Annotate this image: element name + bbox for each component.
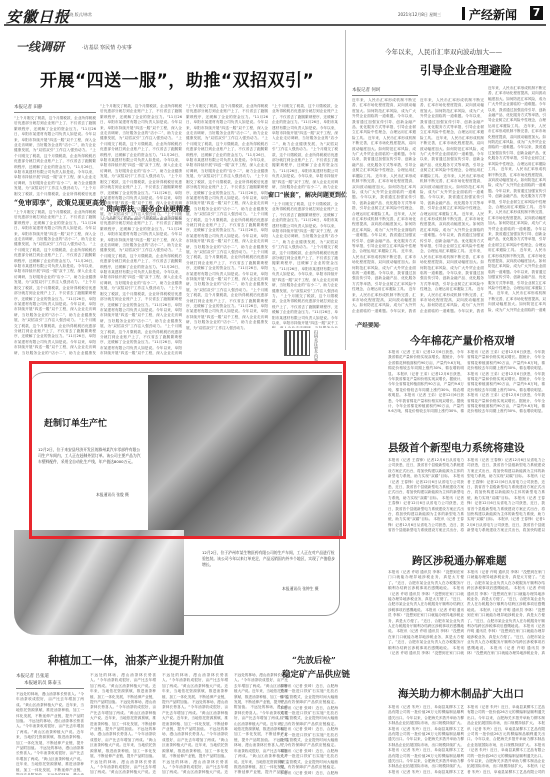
right-body-col2: 近年来，人民币汇率形成机制不断完善，汇率市场化程度提高，双向波动幅度加大。如何防… xyxy=(420,98,484,313)
section-title: 产经新闻 xyxy=(469,6,517,23)
right-body-col3: 近年来，人民币汇率形成机制不断完善，汇率市场化程度提高，双向波动幅度加大。如何防… xyxy=(488,86,546,313)
highlight-frame xyxy=(29,361,346,539)
lead-byline: 本报记者 田静 xyxy=(14,104,42,110)
bottom-body-col1: 不远处的林场，漫山油茶林长势喜人。“今年油茶收成很好，亩产比去年增加了两成。”黄… xyxy=(16,692,84,775)
issue-date: 2021年12月8日 星期三 xyxy=(398,12,441,18)
cotton-headline[interactable]: 今年棉花产量价格双增 xyxy=(410,333,515,348)
right-body-col1: 近年来，人民币汇率形成机制不断完善，汇率市场化程度提高，双向波动幅度加大。如何防… xyxy=(352,98,416,313)
lead-body-col4: “上个月刚交了税款，这个月缴税款，企业所得税税后优惠部分就打到企业账户上了，不仅… xyxy=(272,104,338,190)
customs-headline[interactable]: 海关助力柳木制品扩大出口 xyxy=(398,686,524,701)
bottom-body-col2: 不远处的林场，漫山油茶林长势喜人。“今年油茶收成很好，亩产比去年增加了两成。”黄… xyxy=(90,673,156,775)
mineral-kicker: “先放后检” xyxy=(292,654,336,666)
customs-body-col1: 本报讯（记者 朱玲）近日，阜南县某柳木工艺品有限公司的一批价值26万元的柳编制品… xyxy=(388,705,464,775)
page-number: 7 xyxy=(530,6,543,20)
bottom-headline[interactable]: 种植加工一体，油茶产业提升附加值 xyxy=(48,652,224,668)
right-byline-rule xyxy=(352,95,418,96)
lead-body-col3: “上个月刚交了税款，这个月缴税款，企业所得税税后优惠部分就打到企业账户上了，不仅… xyxy=(186,104,268,356)
tax-body-col1: 本报讯（记者 许明 通讯员 李林）“没想到在家门口就能办理异地涉税业务，真是太方… xyxy=(388,570,464,655)
right-byline: 本报记者 何珂 xyxy=(352,87,380,93)
right-headline[interactable]: 引导企业合理避险 xyxy=(420,62,512,78)
masthead-rule xyxy=(4,24,546,26)
lead-body-col2: “上个月刚交了税款，这个月缴税款，企业所得税税后优惠部分就打到企业账户上了，不仅… xyxy=(100,104,182,220)
mineral-body: 本报讯（记者 张琦）近日，合肥海关对一批进口铁矿石实施“先放后检”监管模式，企业… xyxy=(280,684,338,775)
lead-body-col4b: “上个月刚交了税款，这个月缴税款，企业所得税税后优惠部分就打到企业账户上了，不仅… xyxy=(272,202,338,328)
mineral-headline[interactable]: 稳定矿产品供应链 xyxy=(282,668,350,680)
right-kicker: 今年以来，人民币汇率双向波动加大—— xyxy=(385,47,502,56)
section-marker-bar xyxy=(462,7,465,20)
qr-code-icon[interactable] xyxy=(284,330,310,356)
lead-subhead-1: “免审即享”，政策兑现更高效 xyxy=(14,198,106,208)
tax-headline[interactable]: 跨区涉税通办解难题 xyxy=(412,553,507,568)
section-label: ·产经要闻· xyxy=(355,321,381,329)
photo-credit-2: 本报通讯员 张钟生 摄 xyxy=(282,586,319,592)
lead-headline[interactable]: 开展“四送一服”，助推“双招双引” xyxy=(40,66,314,91)
editor-credits: 责编/张晓 版式/林常 xyxy=(56,12,92,18)
lead-body-col1b: “上个月刚交了税款，这个月缴税款，企业所得税税后优惠部分就打到企业账户上了，不仅… xyxy=(14,210,96,355)
column-divider xyxy=(345,30,346,350)
column-tagline: ·访基层 察民情 办实事 xyxy=(82,44,132,51)
power-headline[interactable]: 县级首个新型电力系统将建设 xyxy=(388,440,525,455)
lead-body-col1: “上个月刚交了税款，这个月缴税款，企业所得税税后优惠部分就打到企业账户上了，不仅… xyxy=(14,116,96,196)
bottom-byline-2: 本报通讯员 陈泰玉 xyxy=(24,680,61,686)
lead-body-col2b: “上个月刚交了税款，这个月缴税款，企业所得税税后优惠部分就打到企业账户上了，不仅… xyxy=(100,216,182,356)
power-body-col2: 本报讯（记者 王春锋）记者12月6日从省电力公司获悉，近日，我省首个县级新型电力… xyxy=(467,458,545,533)
lead-subhead-2: 贯向帮扶，服务企业更精准 xyxy=(106,204,190,214)
power-body-col1: 本报讯（记者 王春锋）记者12月6日从省电力公司获悉，近日，我省首个县级新型电力… xyxy=(388,458,464,533)
photo-caption-2: 12月2日，位于泸州市某生物医药有限公司的生产车间，工人正在对产品进行检验包装。… xyxy=(202,550,336,568)
tax-body-col2: 本报讯（记者 许明 通讯员 李林）“没想到在家门口就能办理异地涉税业务，真是太方… xyxy=(467,570,545,655)
caption-card-border xyxy=(184,530,340,616)
bottom-byline-1: 本报记者 吕张道 xyxy=(16,673,49,679)
cotton-body-col1: 本报讯（记者 王弟）记者12月6日获悉，今年我省棉花产量和价格实现双增长。据统计… xyxy=(388,350,464,415)
byline-rule xyxy=(14,112,96,113)
bottom-byline-rule xyxy=(16,688,84,689)
customs-body-col2: 本报讯（记者 朱玲）近日，阜南县某柳木工艺品有限公司的一批价值26万元的柳编制品… xyxy=(467,705,545,775)
cotton-body-col2: 本报讯（记者 王弟）记者12月6日获悉，今年我省棉花产量和价格实现双增长。据统计… xyxy=(467,350,545,415)
lead-subhead-3: 窗口“嵌套”，解决问题更到位 xyxy=(268,190,347,199)
column-logo: 一线调研 xyxy=(16,38,64,55)
bottom-body-col3: 不远处的林场，漫山油茶林长势喜人。“今年油茶收成很好，亩产比去年增加了两成。”黄… xyxy=(162,673,228,775)
lab-workers-photo[interactable] xyxy=(14,530,184,635)
qr-label: 扫码关注更多内容 xyxy=(313,330,319,362)
